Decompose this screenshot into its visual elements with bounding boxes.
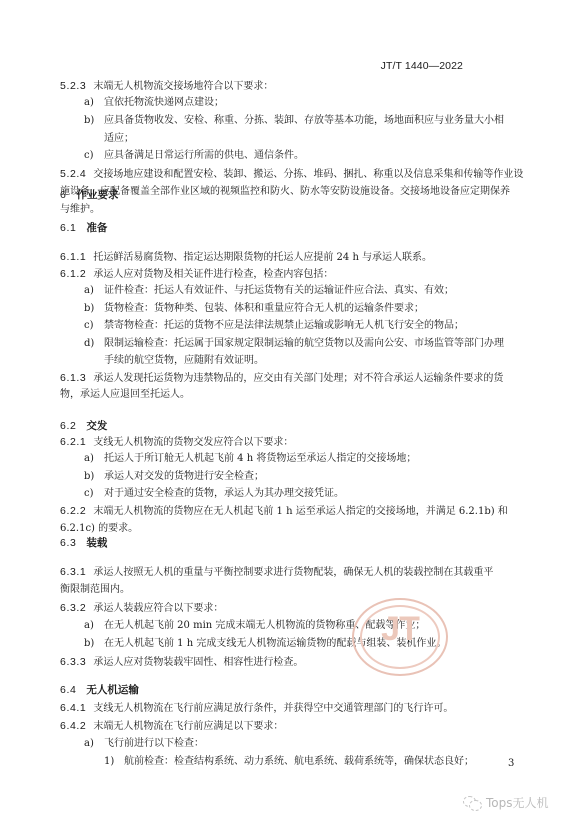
clause-text: 5.2.3末端无人机物流交接场地符合以下要求： <box>60 79 273 94</box>
clause-number: 6.2 <box>60 419 76 433</box>
clause-text: 6.3.3承运人应对货物装载牢固性、相容性进行检查。 <box>60 655 303 670</box>
clause-text: 6.1.1托运鲜活易腐货物、指定运达期限货物的托运人应提前 24 h 与承运人联… <box>60 250 432 265</box>
line-text: 货物检查：货物种类、包装、体积和重量应符合无人机的运输条件要求； <box>104 303 424 314</box>
clause-number: 6 <box>60 188 66 202</box>
line-text: 与维护。 <box>60 204 100 215</box>
clause-text: 与维护。 <box>60 203 100 217</box>
list-label: d) <box>84 337 104 351</box>
list-label: b) <box>84 470 104 484</box>
line-text: 末端无人机物流交接场地符合以下要求： <box>93 81 273 92</box>
line-text: 交发 <box>86 420 107 432</box>
clause-text: 6.4.1支线无人机物流在飞行前应满足放行条件，并获得空中交通管理部门的飞行许可… <box>60 701 453 716</box>
line-text: 对于通过安全检查的货物，承运人为其办理交接凭证。 <box>104 488 344 499</box>
jt-stamp-watermark: JT <box>352 598 448 676</box>
line-text: 支线无人机物流的货物交发应符合以下要求： <box>93 437 293 448</box>
list-label: a) <box>84 96 104 110</box>
line-text: 承运人对交发的货物进行安全检查； <box>104 471 264 482</box>
clause-number: 6.3.1 <box>60 565 86 579</box>
clause-number: 6.1.2 <box>60 267 86 281</box>
clause-text: 6.1.3承运人发现托运货物为违禁物品的，应交由有关部门处理；对不符合承运人运输… <box>60 371 503 386</box>
line-text: 手续的航空货物，应随附有效证明。 <box>104 355 264 366</box>
clause-number: 6.3 <box>60 536 76 550</box>
clause-text: 适应； <box>104 132 134 146</box>
section-heading: 6.1准备 <box>60 221 107 235</box>
line-text: 承运人装载应符合以下要求： <box>93 603 223 614</box>
line-text: 末端无人机物流的货物应在无人机起飞前 1 h 运至承运人指定的交接场地，并满足 … <box>93 506 507 517</box>
line-text: 施设备，应配备覆盖全部作业区域的视频监控和防火、防水等安防设施设备。交接场地设备… <box>60 186 510 197</box>
list-label: b) <box>84 637 104 651</box>
wechat-watermark: Tops无人机 <box>463 794 549 811</box>
line-text: 限制运输检查：托运属于国家规定限制运输的航空货物以及需向公安、市场监管等部门办理 <box>104 338 504 349</box>
line-text: 适应； <box>104 133 134 144</box>
clause-text: 手续的航空货物，应随附有效证明。 <box>104 354 264 368</box>
clause-text: 衡限制范围内。 <box>60 583 130 597</box>
list-label: b) <box>84 302 104 316</box>
list-label: c) <box>84 319 104 333</box>
list-item: a)托运人于所订舱无人机起飞前 4 h 将货物运至承运人指定的交接场地； <box>84 452 416 466</box>
line-text: 支线无人机物流在飞行前应满足放行条件，并获得空中交通管理部门的飞行许可。 <box>93 703 453 714</box>
line-text: 飞行前进行以下检查： <box>104 738 204 749</box>
wechat-icon <box>463 796 481 810</box>
list-label: b) <box>84 114 104 128</box>
clause-number: 6.3.3 <box>60 655 86 669</box>
line-text: 承运人按照无人机的重量与平衡控制要求进行货物配装，确保无人机的装载控制在其载重平 <box>93 567 493 578</box>
clause-number: 5.2.4 <box>60 167 86 181</box>
clause-text: 6.2.1c) 的要求。 <box>60 522 138 536</box>
section-heading: 6.2交发 <box>60 419 107 433</box>
line-text: 交接场地应建设和配置安检、装卸、搬运、分拣、堆码、捆扎、称重以及信息采集和传输等… <box>93 169 523 180</box>
list-item: b)承运人对交发的货物进行安全检查； <box>84 470 264 484</box>
clause-text: 物，承运人应退回至托运人。 <box>60 388 190 402</box>
list-item: c)对于通过安全检查的货物，承运人为其办理交接凭证。 <box>84 487 344 501</box>
list-item: a)证件检查：托运人有效证件、与托运货物有关的运输证件应合法、真实、有效； <box>84 284 454 298</box>
line-text: 应具备满足日常运行所需的供电、通信条件。 <box>104 150 304 161</box>
clause-text: 6.4.2末端无人机物流在飞行前应满足以下要求： <box>60 719 283 734</box>
line-text: 航前检查：检查结构系统、动力系统、航电系统、载荷系统等，确保状态良好； <box>124 756 474 767</box>
clause-number: 6.3.2 <box>60 601 86 615</box>
line-text: 禁寄物检查：托运的货物不应是法律法规禁止运输或影响无人机飞行安全的物品； <box>104 320 464 331</box>
list-item: b)应具备货物收发、安检、称重、分拣、装卸、存放等基本功能，场地面积应与业务量大… <box>84 114 504 128</box>
list-label: c) <box>84 487 104 501</box>
section-heading: 6作业要求 <box>60 188 118 202</box>
clause-number: 6.1.3 <box>60 371 86 385</box>
clause-text: 6.3.2承运人装载应符合以下要求： <box>60 601 223 616</box>
list-label: a) <box>84 452 104 466</box>
list-item: d)限制运输检查：托运属于国家规定限制运输的航空货物以及需向公安、市场监管等部门… <box>84 337 504 351</box>
line-text: 应具备货物收发、安检、称重、分拣、装卸、存放等基本功能，场地面积应与业务量大小相 <box>104 115 504 126</box>
list-label: a) <box>84 737 104 751</box>
clause-text: 6.1.2承运人应对货物及相关证件进行检查，检查内容包括： <box>60 267 333 282</box>
list-label: 1) <box>104 755 124 769</box>
standard-code: JT/T 1440—2022 <box>381 60 463 72</box>
line-text: 末端无人机物流在飞行前应满足以下要求： <box>93 721 283 732</box>
list-item: a)宜依托物流快递网点建设； <box>84 96 224 110</box>
line-text: 托运人于所订舱无人机起飞前 4 h 将货物运至承运人指定的交接场地； <box>104 453 416 464</box>
list-label: a) <box>84 284 104 298</box>
clause-number: 6.1.1 <box>60 250 86 264</box>
list-item: c)禁寄物检查：托运的货物不应是法律法规禁止运输或影响无人机飞行安全的物品； <box>84 319 464 333</box>
list-label: c) <box>84 149 104 163</box>
line-text: 承运人应对货物装载牢固性、相容性进行检查。 <box>93 657 303 668</box>
clause-text: 6.2.1支线无人机物流的货物交发应符合以下要求： <box>60 435 293 450</box>
section-heading: 6.3装载 <box>60 536 107 550</box>
section-heading: 6.4无人机运输 <box>60 683 139 697</box>
line-text: 装载 <box>86 537 107 549</box>
clause-number: 5.2.3 <box>60 79 86 93</box>
clause-text: 6.2.2末端无人机物流的货物应在无人机起飞前 1 h 运至承运人指定的交接场地… <box>60 504 508 519</box>
line-text: 作业要求 <box>76 189 118 201</box>
clause-number: 6.2.1 <box>60 435 86 449</box>
line-text: 托运鲜活易腐货物、指定运达期限货物的托运人应提前 24 h 与承运人联系。 <box>93 252 432 263</box>
line-text: 无人机运输 <box>86 684 139 696</box>
clause-number: 6.1 <box>60 221 76 235</box>
line-text: 承运人发现托运货物为违禁物品的，应交由有关部门处理；对不符合承运人运输条件要求的… <box>93 373 503 384</box>
list-label: a) <box>84 619 104 633</box>
clause-number: 6.4.2 <box>60 719 86 733</box>
line-text: 承运人应对货物及相关证件进行检查，检查内容包括： <box>93 269 333 280</box>
clause-number: 6.4 <box>60 683 76 697</box>
line-text: 物，承运人应退回至托运人。 <box>60 389 190 400</box>
line-text: 证件检查：托运人有效证件、与托运货物有关的运输证件应合法、真实、有效； <box>104 285 454 296</box>
clause-number: 6.4.1 <box>60 701 86 715</box>
clause-text: 6.3.1承运人按照无人机的重量与平衡控制要求进行货物配装，确保无人机的装载控制… <box>60 565 493 580</box>
line-text: 准备 <box>86 222 107 234</box>
list-item: b)货物检查：货物种类、包装、体积和重量应符合无人机的运输条件要求； <box>84 302 424 316</box>
document-page: JT/T 1440—2022 5.2.3末端无人机物流交接场地符合以下要求：a)… <box>0 0 587 830</box>
line-text: 宜依托物流快递网点建设； <box>104 97 224 108</box>
list-item: 1)航前检查：检查结构系统、动力系统、航电系统、载荷系统等，确保状态良好； <box>104 755 474 769</box>
clause-number: 6.2.2 <box>60 504 86 518</box>
stamp-text: JT <box>354 610 446 649</box>
watermark-text: Tops无人机 <box>486 794 549 811</box>
line-text: 衡限制范围内。 <box>60 584 130 595</box>
line-text: 6.2.1c) 的要求。 <box>60 523 138 534</box>
list-item: c)应具备满足日常运行所需的供电、通信条件。 <box>84 149 304 163</box>
clause-text: 5.2.4交接场地应建设和配置安检、装卸、搬运、分拣、堆码、捆扎、称重以及信息采… <box>60 167 523 182</box>
page-number: 3 <box>508 758 514 769</box>
clause-text: 施设备，应配备覆盖全部作业区域的视频监控和防火、防水等安防设施设备。交接场地设备… <box>60 185 510 199</box>
list-item: a)飞行前进行以下检查： <box>84 737 204 751</box>
